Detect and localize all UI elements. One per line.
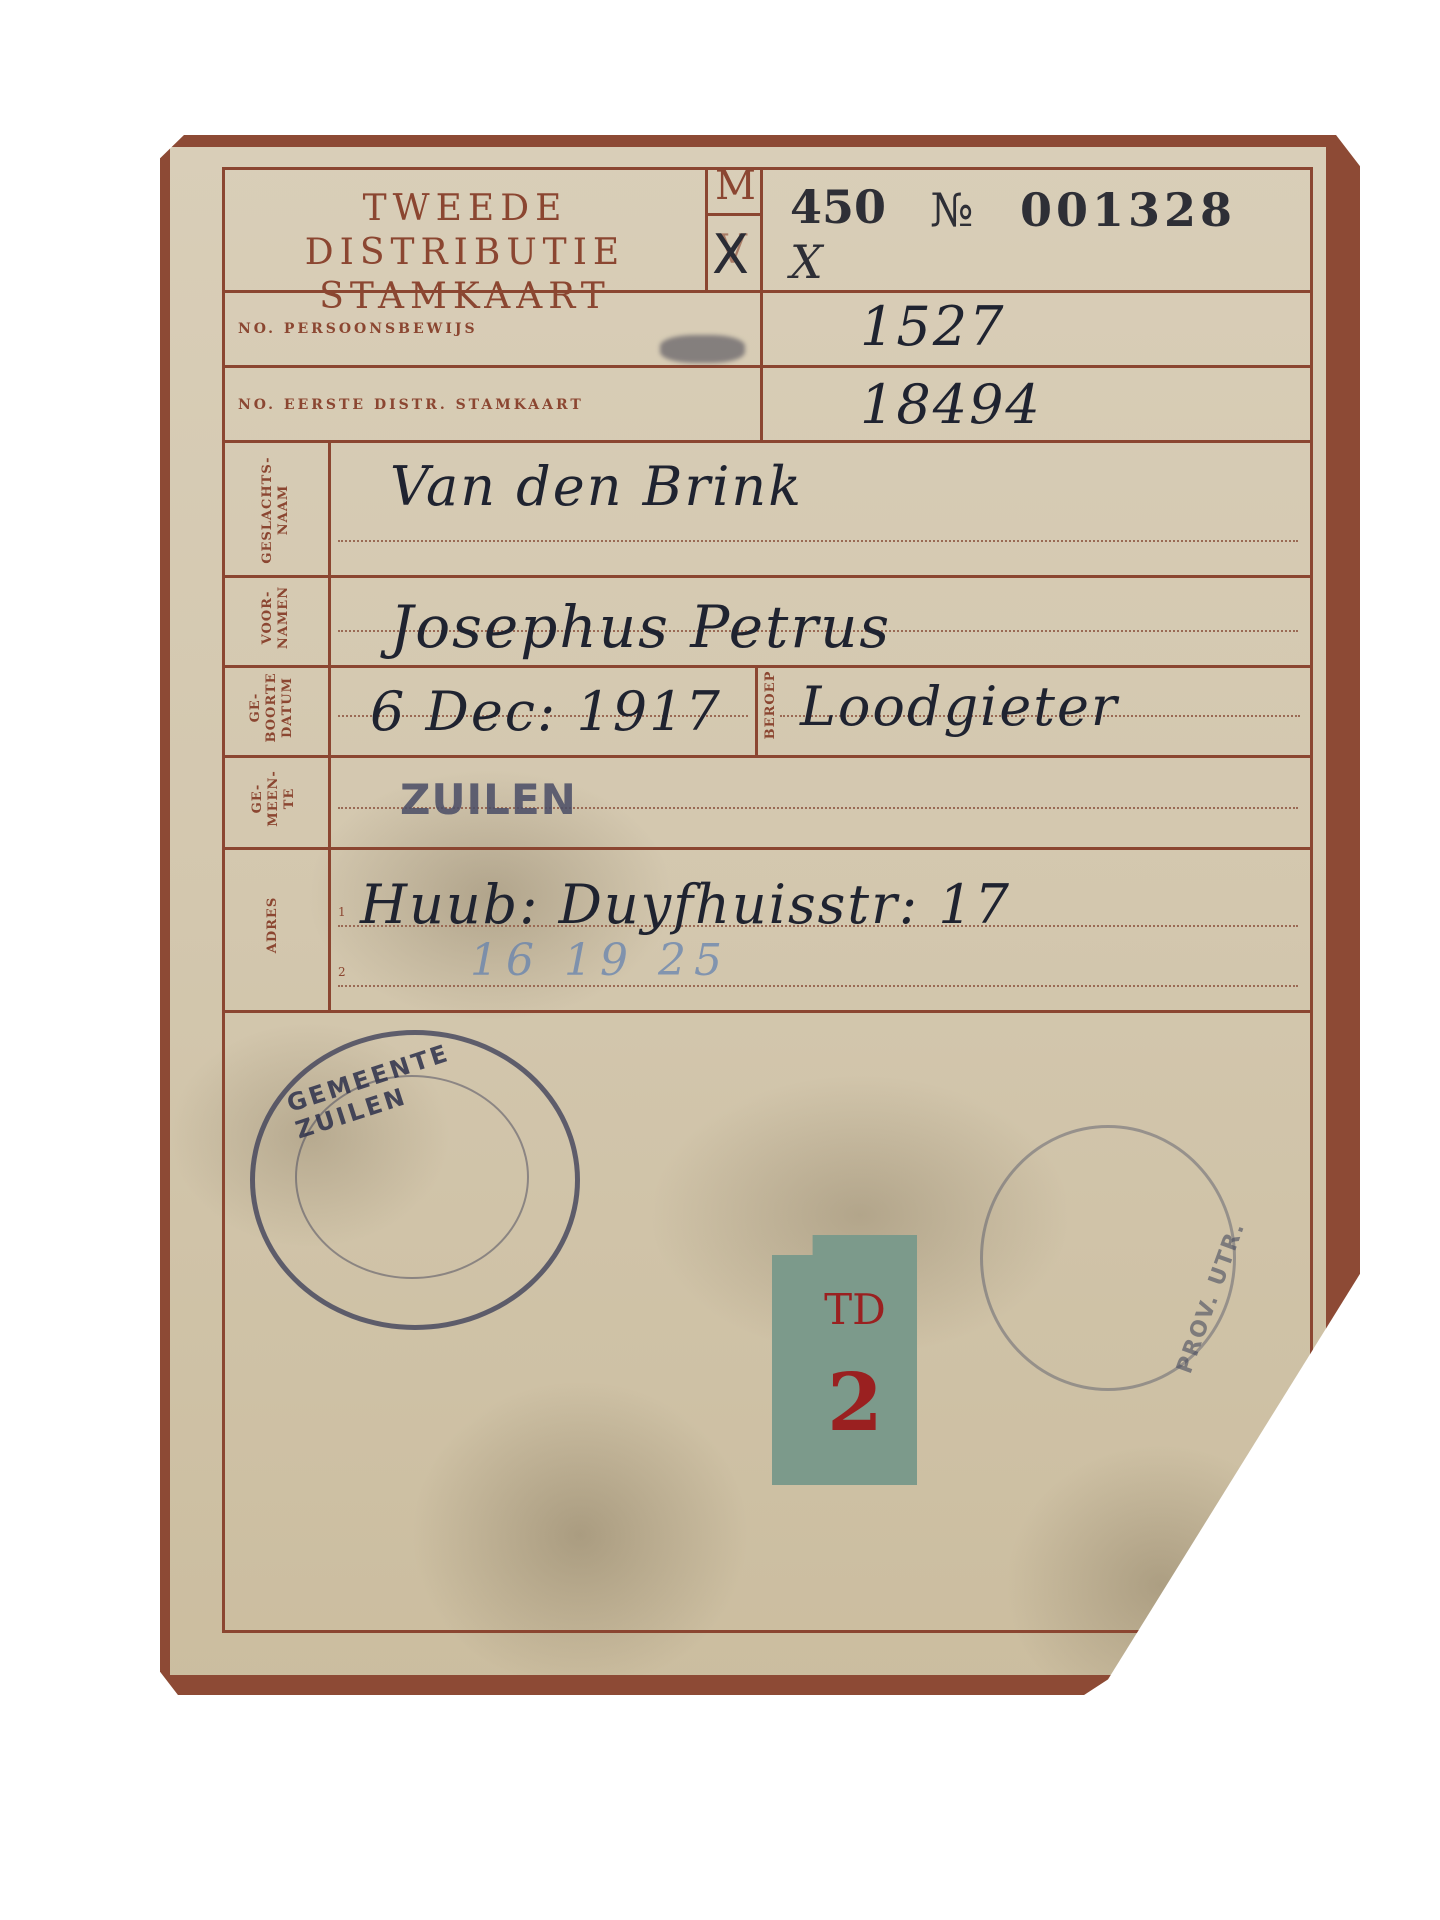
label-geboortedatum: GE- BOORTE DATUM xyxy=(248,665,296,750)
series-number: 450 xyxy=(790,180,886,234)
write-line xyxy=(338,540,1298,542)
mv-divider xyxy=(705,213,762,216)
sex-cross-mark: X xyxy=(712,223,749,286)
divider xyxy=(222,365,1310,368)
divider xyxy=(222,575,1310,578)
label-gemeente: GE- MEEN- TE xyxy=(250,756,298,841)
ink-smudge xyxy=(660,335,745,363)
label-line: GE- xyxy=(248,665,264,750)
label-line: BOORTE xyxy=(264,665,280,750)
value-beroep: Loodgieter xyxy=(800,675,1119,738)
label-persoonsbewijs: NO. PERSOONSBEWIJS xyxy=(238,321,478,337)
sex-box-male: M xyxy=(715,163,756,209)
label-line: NAMEN xyxy=(276,575,292,660)
label-line: VOOR- xyxy=(260,575,276,660)
label-voornamen: VOOR- NAMEN xyxy=(260,575,292,660)
label-line: NAAM xyxy=(276,450,292,570)
address-line-number: 1 xyxy=(338,905,346,919)
divider xyxy=(222,1010,1310,1013)
divider xyxy=(222,440,1310,443)
address-line-number: 2 xyxy=(338,965,346,979)
divider xyxy=(222,847,1310,850)
divider xyxy=(760,167,763,440)
label-beroep: BEROEP xyxy=(763,665,779,745)
number-symbol: № xyxy=(930,183,974,237)
title-line: DISTRIBUTIE xyxy=(230,231,700,275)
value-adres-line1: Huub: Duyfhuisstr: 17 xyxy=(360,873,1011,936)
label-line: GESLACHTS- xyxy=(260,450,276,570)
province-seal: PROV. UTR. xyxy=(980,1125,1236,1391)
label-adres: ADRES xyxy=(265,855,281,995)
label-line: TE xyxy=(282,756,298,841)
label-eerste-stamkaart: NO. EERSTE DISTR. STAMKAART xyxy=(238,397,584,413)
label-geslachtsnaam: GESLACHTS- NAAM xyxy=(260,450,292,570)
municipal-seal: GEMEENTE ZUILEN xyxy=(250,1030,580,1330)
label-line: MEEN- xyxy=(266,756,282,841)
revenue-stamp-value: 2 xyxy=(800,1355,910,1449)
card-number: 001328 xyxy=(1020,183,1236,237)
divider xyxy=(705,167,708,292)
title-line: STAMKAART xyxy=(230,275,700,319)
value-eerste-stamkaart: 18494 xyxy=(860,373,1042,436)
value-gemeente-stamp: ZUILEN xyxy=(400,775,577,824)
distribution-card: TWEEDE DISTRIBUTIE STAMKAART M V X 450 X… xyxy=(160,135,1360,1695)
label-line: DATUM xyxy=(280,665,296,750)
label-line: GE- xyxy=(250,756,266,841)
divider xyxy=(328,440,331,1010)
divider xyxy=(222,755,1310,758)
value-persoonsbewijs: 1527 xyxy=(860,295,1005,358)
divider xyxy=(755,665,758,757)
value-adres-line2-faded: 16 19 25 xyxy=(470,935,730,986)
card-title: TWEEDE DISTRIBUTIE STAMKAART xyxy=(230,187,700,319)
value-geboortedatum: 6 Dec: 1917 xyxy=(370,680,722,743)
value-geslachtsnaam: Van den Brink xyxy=(390,455,803,518)
revenue-stamp-code: TD xyxy=(800,1285,910,1334)
series-cross-mark: X xyxy=(790,235,823,289)
title-line: TWEEDE xyxy=(230,187,700,231)
value-voornamen: Josephus Petrus xyxy=(390,593,891,661)
